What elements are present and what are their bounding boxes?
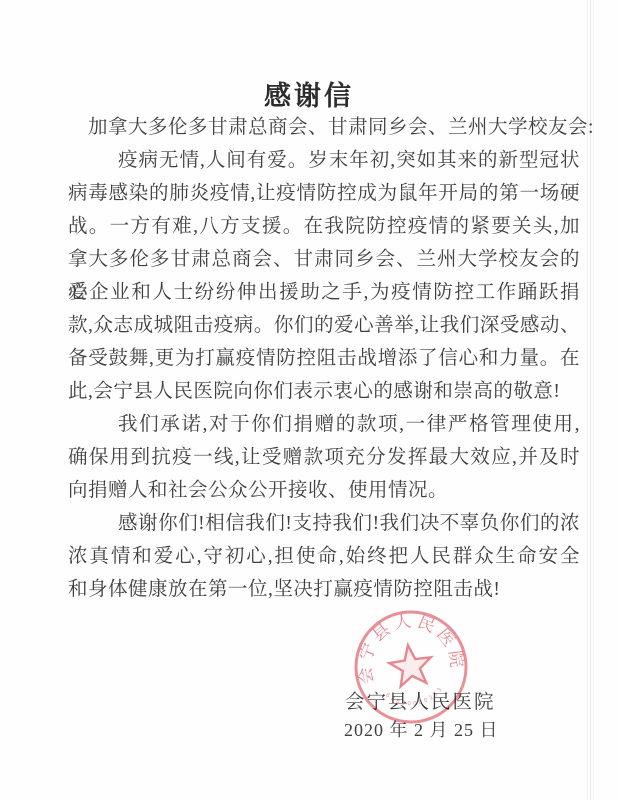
- letter-body: 加拿大多伦多甘肃总商会、甘肃同乡会、兰州大学校友会: 疫病无情,人间有爱。岁末年…: [68, 111, 580, 606]
- body-line: 病毒感染的肺炎疫情,让疫情防控成为鼠年开局的第一场硬: [68, 177, 580, 210]
- body-line: 浓真情和爱心,守初心,担使命,始终把人民群众生命安全: [68, 540, 580, 573]
- body-line: 感谢你们!相信我们!支持我们!我们决不辜负你们的浓: [68, 507, 580, 540]
- body-line: 备受鼓舞,更为打赢疫情防控阻击战增添了信心和力量。在: [68, 342, 580, 375]
- letter-page: 感谢信 加拿大多伦多甘肃总商会、甘肃同乡会、兰州大学校友会: 疫病无情,人间有爱…: [0, 0, 618, 800]
- body-line: 拿大多伦多甘肃总商会、甘肃同乡会、兰州大学校友会的爱: [68, 243, 580, 276]
- body-line: 疫病无情,人间有爱。岁末年初,突如其来的新型冠状: [68, 144, 580, 177]
- body-line: 确保用到抗疫一线,让受赠款项充分发挥最大效应,并及时: [68, 441, 580, 474]
- body-line: 我们承诺,对于你们捐赠的款项,一律严格管理使用,: [68, 408, 580, 441]
- letter-title: 感谢信: [0, 74, 618, 113]
- seal-serial-number: 62830000213: [384, 684, 447, 711]
- body-line: 和身体健康放在第一位,坚决打赢疫情防控阻击战!: [68, 573, 580, 606]
- body-line: 此,会宁县人民医院向你们表示衷心的感谢和崇高的敬意!: [68, 375, 580, 408]
- body-line: 战。一方有难,八方支援。在我院防控疫情的紧要关头,加: [68, 210, 580, 243]
- salutation: 加拿大多伦多甘肃总商会、甘肃同乡会、兰州大学校友会:: [68, 111, 580, 144]
- body-line: 向捐赠人和社会公众公开接收、使用情况。: [68, 474, 580, 507]
- seal-star-icon: [387, 642, 434, 687]
- official-seal: 会宁县人民医院 62830000213: [345, 601, 477, 733]
- svg-text:62830000213: 62830000213: [384, 684, 447, 711]
- body-line: 心企业和人士纷纷伸出援助之手,为疫情防控工作踊跃捐: [68, 276, 580, 309]
- body-line: 款,众志成城阻击疫病。你们的爱心善举,让我们深受感动、: [68, 309, 580, 342]
